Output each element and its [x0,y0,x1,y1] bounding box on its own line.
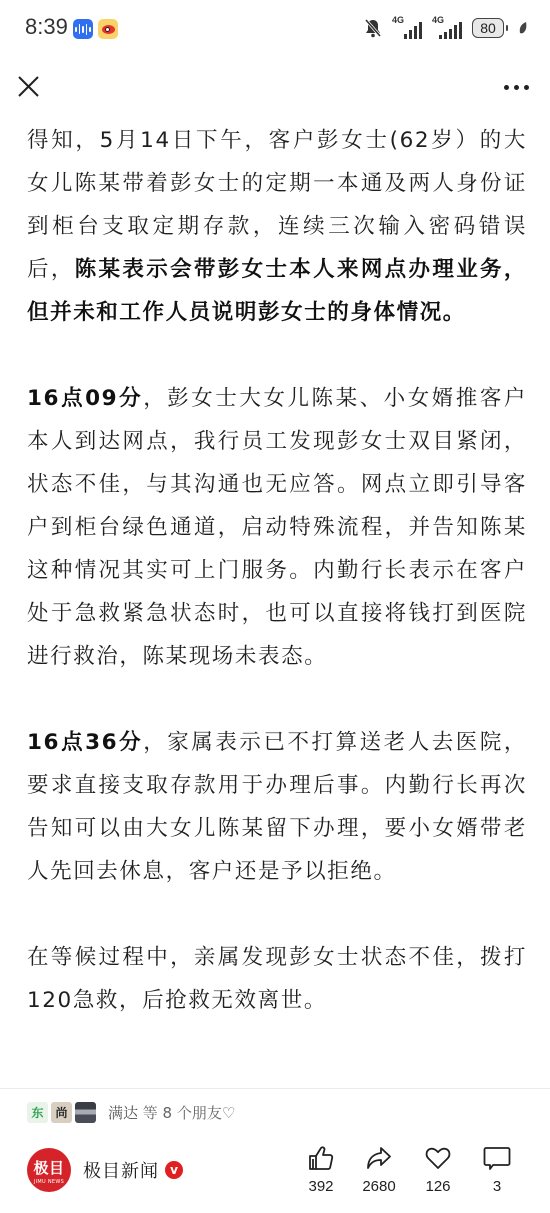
favorite-button[interactable]: 126 [410,1144,466,1195]
paragraph-emphasis: 陈某表示会带彭女士本人来网点办理业务，但并未和工作人员说明彭女士的身体情况。 [27,257,527,325]
share-button[interactable]: 2680 [351,1144,407,1195]
network-type: 4G [392,15,404,25]
mute-bell-icon [364,18,382,38]
author-name[interactable]: 极目新闻 [83,1157,159,1183]
friend-name: 满达 [108,1104,138,1122]
friend-avatar[interactable] [75,1102,96,1123]
article-body: 得知，5月14日下午，客户彭女士(62岁）的大女儿陈某带着彭女士的定期一本通及两… [27,119,527,1065]
verified-badge-icon: v [165,1161,183,1179]
comment-count: 3 [469,1178,525,1195]
article-paragraph: 在等候过程中，亲属发现彭女士状态不佳，拨打120急救，后抢救无效离世。 [27,936,527,1022]
status-bar: 8:39 4G 4G 80 [0,0,550,56]
bottom-action-bar: 极目 JIMU NEWS 极目新闻 v 392 2680 126 3 [0,1142,550,1202]
status-indicators: 4G 4G 80 [364,17,528,39]
signal-icon: 4G [392,17,422,39]
like-count: 392 [293,1178,349,1195]
favorite-count: 126 [410,1178,466,1195]
friends-count: 等 8 个朋友♡ [138,1104,235,1122]
battery-icon: 80 [472,18,508,38]
article-paragraph: 16点09分，彭女士大女儿陈某、小女婿推客户本人到达网点，我行员工发现彭女士双目… [27,377,527,678]
close-icon [14,72,44,102]
more-icon [504,85,529,90]
author-logo-text: 极目 [27,1157,71,1178]
weibo-icon [98,19,118,39]
signal-icon: 4G [432,17,462,39]
friend-avatar[interactable]: 尚 [51,1102,72,1123]
author-avatar[interactable]: 极目 JIMU NEWS [27,1148,71,1192]
battery-level: 80 [472,18,504,38]
leaf-icon [518,21,528,35]
voice-assistant-icon [73,19,93,39]
divider [0,1088,550,1089]
paragraph-timestamp: 16点36分 [27,730,143,755]
close-button[interactable] [14,72,44,102]
author-logo-subtext: JIMU NEWS [27,1179,71,1185]
paragraph-text: 在等候过程中，亲属发现彭女士状态不佳，拨打120急救，后抢救无效离世。 [27,945,527,1013]
share-icon [365,1144,393,1172]
like-button[interactable]: 392 [293,1144,349,1195]
paragraph-text: ，彭女士大女儿陈某、小女婿推客户本人到达网点，我行员工发现彭女士双目紧闭，状态不… [27,386,527,669]
article-paragraph: 16点36分，家属表示已不打算送老人去医院，要求直接支取存款用于办理后事。内勤行… [27,721,527,893]
comment-icon [482,1144,512,1172]
heart-icon [424,1144,452,1172]
share-count: 2680 [351,1178,407,1195]
more-button[interactable] [498,72,534,102]
friend-avatar[interactable]: 东 [27,1102,48,1123]
paragraph-timestamp: 16点09分 [27,386,143,411]
status-time: 8:39 [25,14,68,40]
friends-liked-text: 满达 等 8 个朋友♡ [108,1102,235,1123]
article-paragraph: 得知，5月14日下午，客户彭女士(62岁）的大女儿陈某带着彭女士的定期一本通及两… [27,119,527,334]
title-bar [0,60,550,116]
friends-liked-row[interactable]: 东 尚 满达 等 8 个朋友♡ [27,1100,235,1124]
thumbs-up-icon [307,1144,335,1172]
comment-button[interactable]: 3 [469,1144,525,1195]
